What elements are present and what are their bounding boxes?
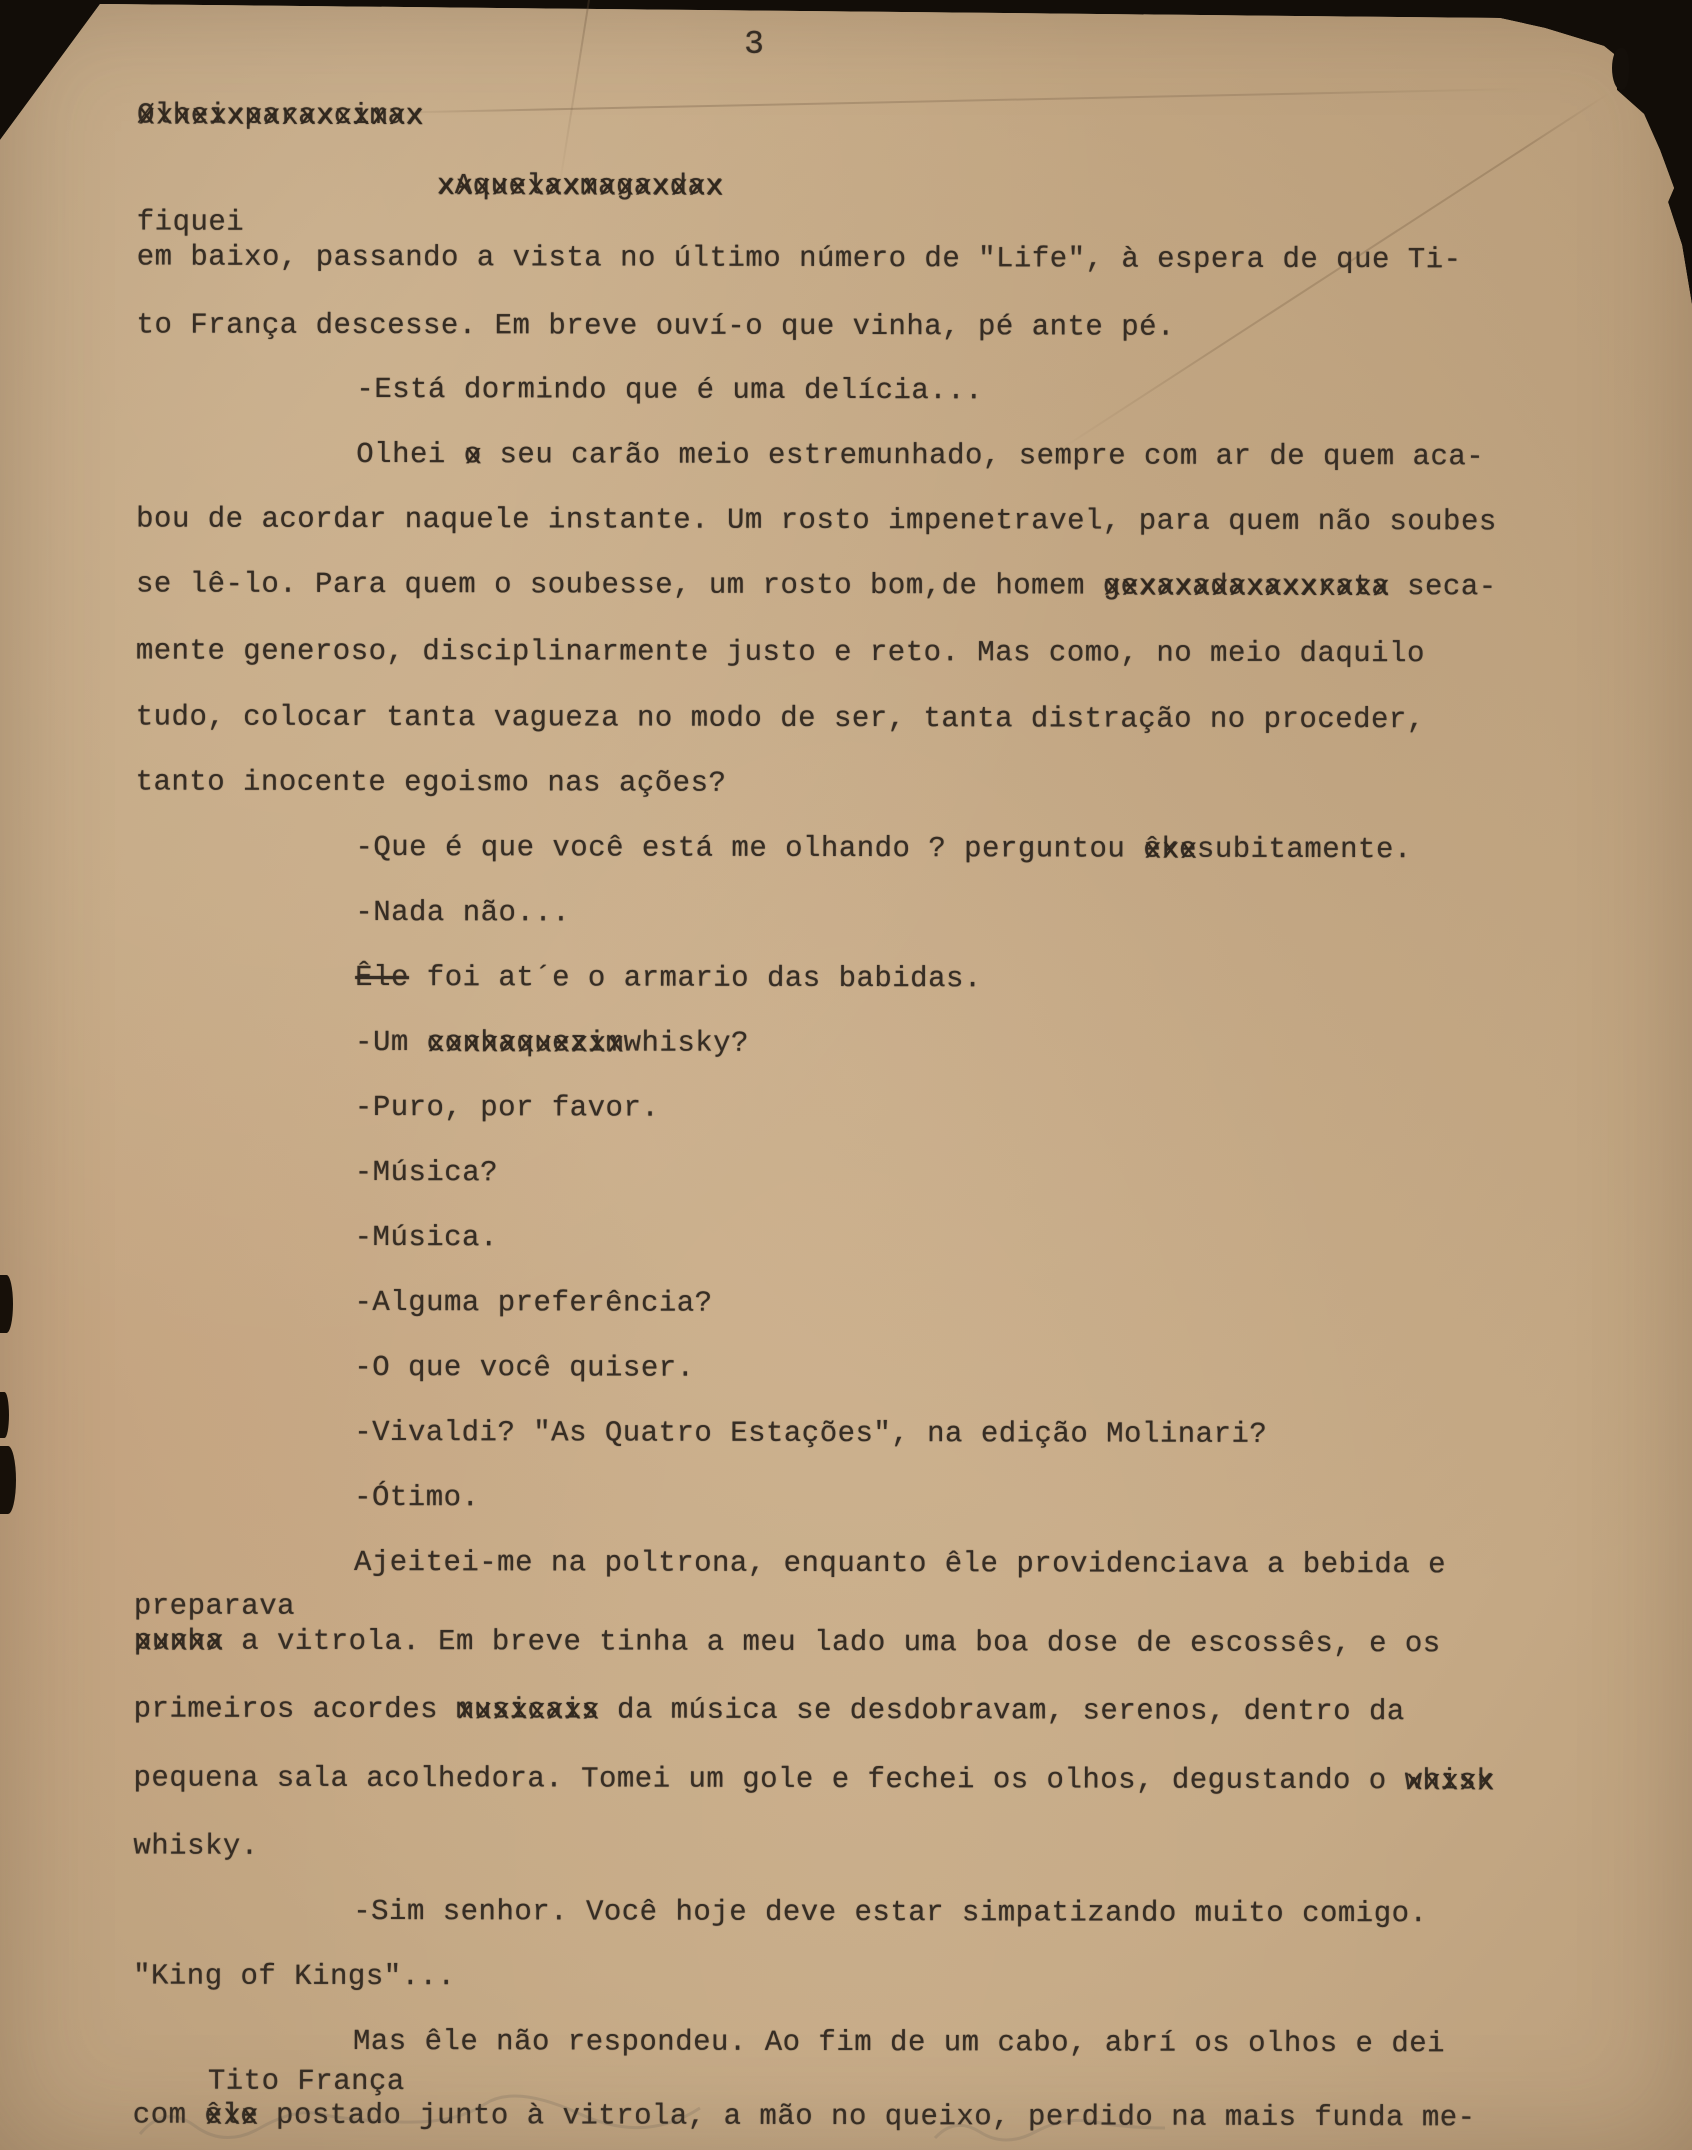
struck-text: Êle (355, 961, 409, 994)
typed-text: da música se desdobravam, serenos, dentr… (599, 1693, 1405, 1728)
page-number: 3 (744, 26, 764, 63)
typed-line: punha a vitrola. Em breve tinha a meu la… (134, 1625, 1441, 1663)
struck-text: gexaxadaxaxxrata (1103, 570, 1390, 605)
typed-text: pequena sala acolhedora. Tomei um gole e… (133, 1762, 1404, 1798)
typed-line: whisky. (133, 1830, 258, 1865)
typed-line: -Música? (355, 1156, 498, 1191)
typed-line: tudo, colocar tanta vagueza no modo de s… (136, 701, 1425, 738)
typed-line: bou de acordar naquele instante. Um rost… (136, 503, 1497, 541)
typed-line: -Alguma preferência? (354, 1286, 712, 1322)
struck-text: êle (204, 2099, 258, 2134)
typed-line: to França descesse. Em breve ouví-o que … (137, 309, 1175, 346)
typed-line: -Um conhaquezimwhisky? (355, 1026, 749, 1062)
typed-line: -O que você quiser. (354, 1351, 694, 1387)
typed-text: whisky. (133, 1830, 258, 1863)
typed-line: Olhei o seu carão meio estremunhado, sem… (356, 438, 1484, 475)
typed-line: xAquelaxmagaxdax (437, 169, 724, 204)
typed-text: preparava (134, 1590, 295, 1623)
typed-text: -Alguma preferência? (354, 1286, 712, 1320)
typed-line: se lê-lo. Para quem o soubesse, um rosto… (136, 568, 1497, 606)
typed-text: seu carão meio estremunhado, sempre com … (482, 438, 1485, 473)
typed-line: primeiros acordes musicais da música se … (134, 1693, 1405, 1730)
typed-text: whisky? (624, 1027, 749, 1060)
typed-text: -Sim senhor. Você hoje deve estar simpat… (353, 1895, 1427, 1930)
typed-text: fiquei (137, 206, 244, 239)
typed-text: -Vivaldi? "As Quatro Estações", na ediçã… (354, 1416, 1267, 1451)
scanned-document-screen: 3 ØlheixparaxcimaxxAquelaxmagaxdaxfiquei… (0, 0, 1692, 2150)
typed-line: -Que é que você está me olhando ? pergun… (355, 831, 1411, 868)
typed-text: -Ótimo. (354, 1481, 479, 1514)
typed-line: fiquei (137, 206, 244, 241)
typed-line: Tito França (208, 2065, 405, 2100)
struck-text: musicais (456, 1693, 599, 1728)
typed-text: Olhei (356, 438, 463, 471)
typed-text: -Um (355, 1026, 427, 1059)
struck-text: o (464, 438, 482, 473)
typed-line: -Puro, por favor. (355, 1091, 659, 1126)
typed-text: primeiros acordes (134, 1693, 456, 1727)
typed-text: com (133, 2099, 205, 2132)
typed-line: pequena sala acolhedora. Tomei um gole e… (133, 1762, 1494, 1800)
typed-line: em baixo, passando a vista no último núm… (137, 241, 1462, 279)
typed-text: -Que é que você está me olhando ? pergun… (355, 831, 1143, 866)
typed-text: tudo, colocar tanta vagueza no modo de s… (136, 701, 1425, 737)
typed-text: -Música. (355, 1221, 498, 1254)
struck-text: xAquelaxmagaxdax (437, 169, 724, 204)
struck-text: punha (134, 1625, 224, 1660)
typed-text: -Puro, por favor. (355, 1091, 659, 1125)
typed-line: Êle foi at´e o armario das babidas. (355, 961, 982, 997)
typed-text: -Nada não... (355, 896, 570, 929)
typed-line: "King of Kings"... (133, 1960, 455, 1995)
typed-text: -Está dormindo que é uma delícia... (356, 373, 983, 407)
typed-text: seca- (1389, 570, 1496, 603)
text-layer: 3 ØlheixparaxcimaxxAquelaxmagaxdaxfiquei… (0, 0, 1692, 2150)
typed-line: -Vivaldi? "As Quatro Estações", na ediçã… (354, 1416, 1267, 1453)
typed-line: -Sim senhor. Você hoje deve estar simpat… (353, 1895, 1427, 1932)
typed-line: -Nada não... (355, 896, 570, 931)
typed-text: -Música? (355, 1156, 498, 1189)
typed-text: tanto inocente egoismo nas ações? (136, 766, 727, 800)
typed-text: subitamente. (1197, 833, 1412, 866)
typed-line: Mas êle não respondeu. Ao fim de um cabo… (353, 2025, 1445, 2062)
typed-text: "King of Kings"... (133, 1960, 455, 1994)
typed-text: bou de acordar naquele instante. Um rost… (136, 503, 1497, 539)
typed-text: foi at´e o armario das babidas. (409, 961, 982, 995)
typed-line: -Ótimo. (354, 1481, 479, 1516)
typed-text: to França descesse. Em breve ouví-o que … (137, 309, 1175, 344)
typed-text: Ajeitei-me na poltrona, enquanto êle pro… (354, 1546, 1446, 1581)
typed-line: com êle postado junto à vitrola, a mão n… (133, 2099, 1476, 2137)
typed-text: Mas êle não respondeu. Ao fim de um cabo… (353, 2025, 1445, 2060)
typed-line: -Música. (355, 1221, 498, 1256)
struck-text: whisk (1405, 1764, 1495, 1799)
typed-text: -O que você quiser. (354, 1351, 694, 1385)
struck-text: êke (1143, 833, 1197, 868)
struck-text: conhaquezim (427, 1026, 624, 1061)
typed-line: -Está dormindo que é uma delícia... (356, 373, 983, 409)
typed-line: preparava (134, 1590, 295, 1625)
typed-line: Ølheixparaxcimax (137, 99, 424, 134)
typed-text: a vitrola. Em breve tinha a meu lado uma… (223, 1625, 1440, 1661)
typed-text: mente generoso, disciplinarmente justo e… (136, 635, 1425, 671)
typed-text: em baixo, passando a vista no último núm… (137, 241, 1462, 277)
typed-text: postado junto à vitrola, a mão no queixo… (258, 2099, 1475, 2135)
typed-line: tanto inocente egoismo nas ações? (136, 766, 727, 802)
typed-text: Tito França (208, 2065, 405, 2098)
typed-text: se lê-lo. Para quem o soubesse, um rosto… (136, 568, 1103, 603)
struck-text: Ølheixparaxcimax (137, 99, 424, 134)
typed-line: mente generoso, disciplinarmente justo e… (136, 635, 1425, 672)
typed-line: Ajeitei-me na poltrona, enquanto êle pro… (354, 1546, 1446, 1583)
